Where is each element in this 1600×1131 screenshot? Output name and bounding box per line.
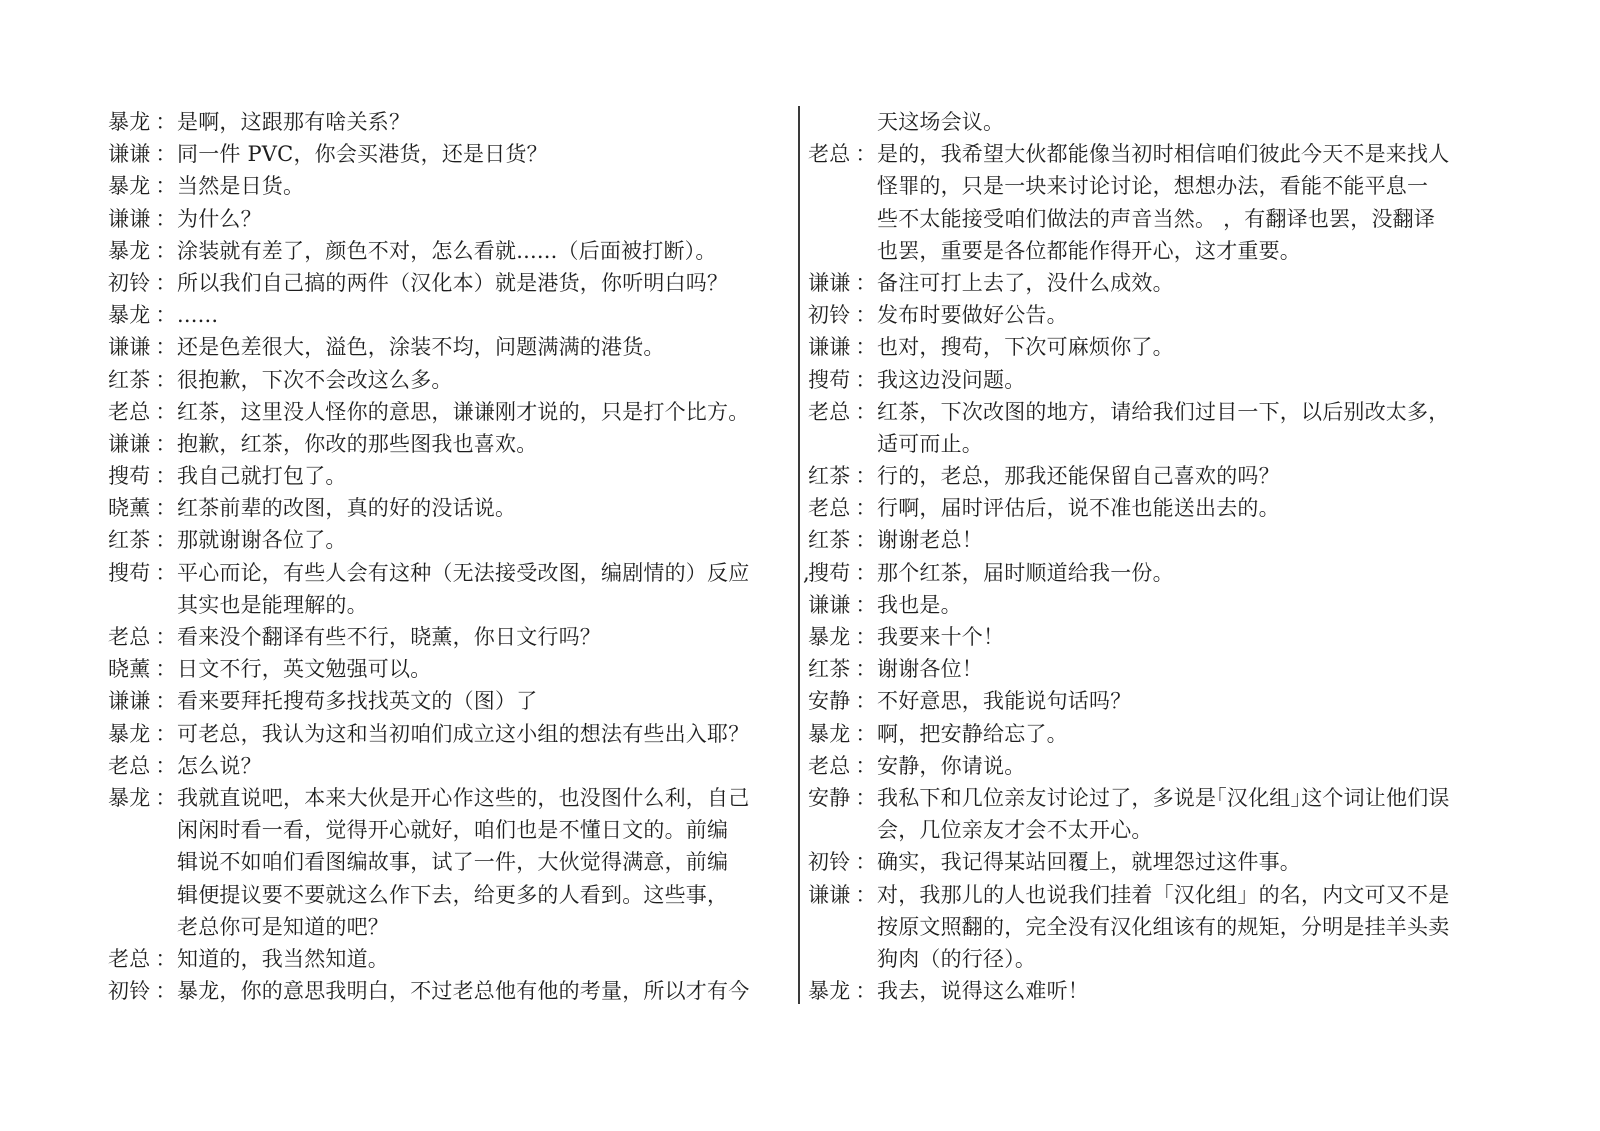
dialogue-line: 搜苟：平心而论，有些人会有这种（无法接受改图，编剧情的）反应 <box>108 557 798 589</box>
speaker-colon: ： <box>855 782 877 814</box>
dialogue-text: 怪罪的，只是一块来讨论讨论，想想办法，看能不能平息一 <box>877 170 1428 202</box>
dialogue-text: 怎么说？ <box>177 750 262 782</box>
dialogue-text: 日文不行，英文勉强可以。 <box>177 653 431 685</box>
dialogue-text: 涂装就有差了，颜色不对，怎么看就......（后面被打断）。 <box>177 235 717 267</box>
dialogue-text: 为什么？ <box>177 203 262 235</box>
speaker-name: 暴龙 <box>808 718 855 750</box>
speaker-colon: ： <box>855 621 877 653</box>
speaker-name: 晓薰 <box>108 492 155 524</box>
dialogue-text: 确实，我记得某站回覆上，就埋怨过这件事。 <box>877 846 1301 878</box>
speaker-name: 暴龙 <box>108 782 155 814</box>
dialogue-text: 平心而论，有些人会有这种（无法接受改图，编剧情的）反应 <box>177 557 749 589</box>
speaker-name: 晓薰 <box>108 653 155 685</box>
dialogue-text: 同一件 PVC，你会买港货，还是日货？ <box>177 138 548 170</box>
speaker-name: 初铃 <box>808 299 855 331</box>
dialogue-line: 老总：红茶，下次改图的地方，请给我们过目一下，以后别改太多， <box>808 396 1508 428</box>
column-divider <box>798 106 800 1004</box>
speaker-name: 红茶 <box>108 524 155 556</box>
dialogue-line: 按原文照翻的，完全没有汉化组该有的规矩，分明是挂羊头卖 <box>808 911 1508 943</box>
speaker-name: 老总 <box>808 396 855 428</box>
dialogue-line: 红茶：谢谢各位！ <box>808 653 1508 685</box>
dialogue-line: 老总：是的，我希望大伙都能像当初时相信咱们彼此今天不是来找人 <box>808 138 1508 170</box>
dialogue-line: 暴龙：涂装就有差了，颜色不对，怎么看就......（后面被打断）。 <box>108 235 798 267</box>
speaker-colon: ： <box>155 718 177 750</box>
speaker-colon: ： <box>155 170 177 202</box>
speaker-name: 老总 <box>808 750 855 782</box>
speaker-name: 初铃 <box>808 846 855 878</box>
dialogue-line: 谦谦：同一件 PVC，你会买港货，还是日货？ <box>108 138 798 170</box>
speaker-name: 红茶 <box>108 364 155 396</box>
speaker-name: 老总 <box>808 138 855 170</box>
speaker-name: 老总 <box>108 621 155 653</box>
speaker-name: 搜苟 <box>108 557 155 589</box>
dialogue-text: 辑说不如咱们看图编故事，试了一件，大伙觉得满意，前编 <box>177 846 728 878</box>
dialogue-line: 闲闲时看一看，觉得开心就好，咱们也是不懂日文的。前编 <box>108 814 798 846</box>
dialogue-text: 我要来十个！ <box>877 621 1004 653</box>
dialogue-text: 红茶，下次改图的地方，请给我们过目一下，以后别改太多， <box>877 396 1449 428</box>
speaker-name: 谦谦 <box>808 331 855 363</box>
speaker-colon: ： <box>155 299 177 331</box>
dialogue-line: 老总：看来没个翻译有些不行，晓薰，你日文行吗？ <box>108 621 798 653</box>
speaker-name: 暴龙 <box>108 299 155 331</box>
dialogue-line: 红茶：谢谢老总！ <box>808 524 1508 556</box>
speaker-name: 谦谦 <box>808 589 855 621</box>
dialogue-line: 红茶：行的，老总，那我还能保留自己喜欢的吗？ <box>808 460 1508 492</box>
stray-comma-mark: , <box>803 557 810 589</box>
dialogue-line: 老总：知道的，我当然知道。 <box>108 943 798 975</box>
speaker-colon: ： <box>855 524 877 556</box>
speaker-colon: ： <box>155 203 177 235</box>
speaker-colon: ： <box>855 299 877 331</box>
dialogue-text: 谢谢老总！ <box>877 524 983 556</box>
dialogue-text: 备注可打上去了，没什么成效。 <box>877 267 1174 299</box>
dialogue-line: 老总：安静，你请说。 <box>808 750 1508 782</box>
speaker-colon: ： <box>855 460 877 492</box>
dialogue-text: 其实也是能理解的。 <box>177 589 368 621</box>
dialogue-text: 发布时要做好公告。 <box>877 299 1068 331</box>
dialogue-line: 些不太能接受咱们做法的声音当然。 ，有翻译也罢，没翻译 <box>808 203 1508 235</box>
speaker-colon: ： <box>855 492 877 524</box>
dialogue-line: 暴龙：是啊，这跟那有啥关系？ <box>108 106 798 138</box>
dialogue-text: 行的，老总，那我还能保留自己喜欢的吗？ <box>877 460 1280 492</box>
dialogue-text: 啊，把安静给忘了。 <box>877 718 1068 750</box>
speaker-colon: ： <box>855 267 877 299</box>
speaker-colon: ： <box>155 975 177 1007</box>
speaker-colon: ： <box>855 975 877 1007</box>
speaker-colon: ： <box>155 364 177 396</box>
dialogue-line: 也罢，重要是各位都能作得开心，这才重要。 <box>808 235 1508 267</box>
dialogue-text: 谢谢各位！ <box>877 653 983 685</box>
speaker-name: 暴龙 <box>108 718 155 750</box>
speaker-colon: ： <box>155 235 177 267</box>
speaker-name: 安静 <box>808 782 855 814</box>
dialogue-line: 谦谦：看来要拜托搜苟多找找英文的（图）了 <box>108 685 798 717</box>
dialogue-line: 初铃：所以我们自己搞的两件（汉化本）就是港货，你听明白吗？ <box>108 267 798 299</box>
left-column: 暴龙：是啊，这跟那有啥关系？谦谦：同一件 PVC，你会买港货，还是日货？暴龙：当… <box>108 106 798 1007</box>
speaker-colon: ： <box>155 106 177 138</box>
dialogue-text: 抱歉，红茶，你改的那些图我也喜欢。 <box>177 428 537 460</box>
dialogue-text: 很抱歉，下次不会改这么多。 <box>177 364 453 396</box>
speaker-colon: ： <box>855 331 877 363</box>
dialogue-line: 初铃：暴龙，你的意思我明白，不过老总他有他的考量，所以才有今 <box>108 975 798 1007</box>
dialogue-line: 暴龙：我要来十个！ <box>808 621 1508 653</box>
dialogue-line: 天这场会议。 <box>808 106 1508 138</box>
dialogue-line: 搜苟：我自己就打包了。 <box>108 460 798 492</box>
dialogue-text: 当然是日货。 <box>177 170 304 202</box>
speaker-name: 安静 <box>808 685 855 717</box>
speaker-name: 红茶 <box>808 653 855 685</box>
dialogue-text: 我也是。 <box>877 589 962 621</box>
dialogue-text: 看来要拜托搜苟多找找英文的（图）了 <box>177 685 537 717</box>
speaker-name: 搜苟 <box>108 460 155 492</box>
speaker-name: 谦谦 <box>108 428 155 460</box>
dialogue-line: 红茶：很抱歉，下次不会改这么多。 <box>108 364 798 396</box>
dialogue-text: 适可而止。 <box>877 428 983 460</box>
speaker-colon: ： <box>855 846 877 878</box>
speaker-colon: ： <box>155 138 177 170</box>
dialogue-text: 是的，我希望大伙都能像当初时相信咱们彼此今天不是来找人 <box>877 138 1449 170</box>
dialogue-text: 我这边没问题。 <box>877 364 1025 396</box>
dialogue-text: 我就直说吧，本来大伙是开心作这些的，也没图什么利，自己 <box>177 782 749 814</box>
dialogue-text: 还是色差很大，溢色，涂装不均，问题满满的港货。 <box>177 331 665 363</box>
speaker-colon: ： <box>155 943 177 975</box>
dialogue-line: 老总：红茶，这里没人怪你的意思，谦谦刚才说的，只是打个比方。 <box>108 396 798 428</box>
dialogue-line: 老总你可是知道的吧？ <box>108 911 798 943</box>
dialogue-text: 会，几位亲友才会不太开心。 <box>877 814 1153 846</box>
speaker-name: 搜苟 <box>808 364 855 396</box>
dialogue-line: 晓薰：日文不行，英文勉强可以。 <box>108 653 798 685</box>
dialogue-line: 红茶：那就谢谢各位了。 <box>108 524 798 556</box>
speaker-colon: ： <box>155 750 177 782</box>
speaker-name: 暴龙 <box>108 235 155 267</box>
dialogue-text: 狗肉（的行径）。 <box>877 943 1036 975</box>
speaker-name: 谦谦 <box>808 879 855 911</box>
dialogue-line: 谦谦：我也是。 <box>808 589 1508 621</box>
dialogue-text: 也对，搜苟，下次可麻烦你了。 <box>877 331 1174 363</box>
dialogue-line: 会，几位亲友才会不太开心。 <box>808 814 1508 846</box>
dialogue-text: 我去，说得这么难听！ <box>877 975 1089 1007</box>
dialogue-text: 是啊，这跟那有啥关系？ <box>177 106 410 138</box>
dialogue-text: 红茶前辈的改图，真的好的没话说。 <box>177 492 516 524</box>
dialogue-line: 怪罪的，只是一块来讨论讨论，想想办法，看能不能平息一 <box>808 170 1508 202</box>
speaker-colon: ： <box>855 879 877 911</box>
dialogue-line: 狗肉（的行径）。 <box>808 943 1508 975</box>
speaker-name: 谦谦 <box>108 203 155 235</box>
speaker-name: 老总 <box>108 396 155 428</box>
dialogue-line: 其实也是能理解的。 <box>108 589 798 621</box>
dialogue-line: 适可而止。 <box>808 428 1508 460</box>
dialogue-text: 所以我们自己搞的两件（汉化本）就是港货，你听明白吗？ <box>177 267 728 299</box>
speaker-colon: ： <box>155 524 177 556</box>
speaker-colon: ： <box>155 331 177 363</box>
speaker-colon: ： <box>855 653 877 685</box>
dialogue-text: 闲闲时看一看，觉得开心就好，咱们也是不懂日文的。前编 <box>177 814 728 846</box>
dialogue-line: 辑便提议要不要就这么作下去，给更多的人看到。这些事， <box>108 879 798 911</box>
dialogue-line: 谦谦：为什么？ <box>108 203 798 235</box>
speaker-name: 老总 <box>108 750 155 782</box>
speaker-name: 搜苟 <box>808 557 855 589</box>
dialogue-text: 也罢，重要是各位都能作得开心，这才重要。 <box>877 235 1301 267</box>
dialogue-text: 些不太能接受咱们做法的声音当然。 ，有翻译也罢，没翻译 <box>877 203 1435 235</box>
dialogue-text: 安静，你请说。 <box>877 750 1025 782</box>
speaker-colon: ： <box>155 267 177 299</box>
speaker-colon: ： <box>855 750 877 782</box>
dialogue-line: 谦谦：对，我那儿的人也说我们挂着「汉化组」的名，内文可又不是 <box>808 879 1508 911</box>
speaker-name: 初铃 <box>108 267 155 299</box>
dialogue-line: 安静：我私下和几位亲友讨论过了，多说是｢汉化组｣这个词让他们误 <box>808 782 1508 814</box>
speaker-colon: ： <box>155 685 177 717</box>
speaker-colon: ： <box>155 492 177 524</box>
dialogue-line: 暴龙：...... <box>108 299 798 331</box>
speaker-name: 暴龙 <box>808 975 855 1007</box>
dialogue-text: 可老总，我认为这和当初咱们成立这小组的想法有些出入耶？ <box>177 718 749 750</box>
dialogue-text: 按原文照翻的，完全没有汉化组该有的规矩，分明是挂羊头卖 <box>877 911 1449 943</box>
speaker-name: 谦谦 <box>808 267 855 299</box>
dialogue-text: 行啊，届时评估后，说不准也能送出去的。 <box>877 492 1280 524</box>
speaker-colon: ： <box>855 685 877 717</box>
speaker-colon: ： <box>855 138 877 170</box>
dialogue-text: 我自己就打包了。 <box>177 460 347 492</box>
right-column: 天这场会议。老总：是的，我希望大伙都能像当初时相信咱们彼此今天不是来找人怪罪的，… <box>808 106 1508 1007</box>
dialogue-text: 辑便提议要不要就这么作下去，给更多的人看到。这些事， <box>177 879 728 911</box>
dialogue-text: 暴龙，你的意思我明白，不过老总他有他的考量，所以才有今 <box>177 975 749 1007</box>
dialogue-text: 红茶，这里没人怪你的意思，谦谦刚才说的，只是打个比方。 <box>177 396 749 428</box>
speaker-colon: ： <box>855 718 877 750</box>
dialogue-line: 老总：怎么说？ <box>108 750 798 782</box>
speaker-name: 谦谦 <box>108 331 155 363</box>
speaker-colon: ： <box>155 428 177 460</box>
dialogue-line: 谦谦：抱歉，红茶，你改的那些图我也喜欢。 <box>108 428 798 460</box>
speaker-name: 老总 <box>808 492 855 524</box>
dialogue-text: 老总你可是知道的吧？ <box>177 911 389 943</box>
speaker-colon: ： <box>155 396 177 428</box>
dialogue-line: 暴龙：啊，把安静给忘了。 <box>808 718 1508 750</box>
dialogue-line: 晓薰：红茶前辈的改图，真的好的没话说。 <box>108 492 798 524</box>
dialogue-line: 初铃：确实，我记得某站回覆上，就埋怨过这件事。 <box>808 846 1508 878</box>
speaker-name: 初铃 <box>108 975 155 1007</box>
dialogue-line: 暴龙：我就直说吧，本来大伙是开心作这些的，也没图什么利，自己 <box>108 782 798 814</box>
dialogue-line: 暴龙：我去，说得这么难听！ <box>808 975 1508 1007</box>
dialogue-line: 老总：行啊，届时评估后，说不准也能送出去的。 <box>808 492 1508 524</box>
speaker-colon: ： <box>155 557 177 589</box>
dialogue-text: 天这场会议。 <box>877 106 1004 138</box>
dialogue-text: 我私下和几位亲友讨论过了，多说是｢汉化组｣这个词让他们误 <box>877 782 1450 814</box>
dialogue-line: 辑说不如咱们看图编故事，试了一件，大伙觉得满意，前编 <box>108 846 798 878</box>
speaker-colon: ： <box>855 589 877 621</box>
dialogue-line: 搜苟：我这边没问题。 <box>808 364 1508 396</box>
speaker-name: 红茶 <box>808 460 855 492</box>
speaker-name: 谦谦 <box>108 138 155 170</box>
speaker-name: 老总 <box>108 943 155 975</box>
dialogue-line: 谦谦：也对，搜苟，下次可麻烦你了。 <box>808 331 1508 363</box>
speaker-name: 暴龙 <box>108 106 155 138</box>
dialogue-text: 那个红茶，届时顺道给我一份。 <box>877 557 1174 589</box>
dialogue-line: 谦谦：备注可打上去了，没什么成效。 <box>808 267 1508 299</box>
dialogue-text: 那就谢谢各位了。 <box>177 524 347 556</box>
speaker-colon: ： <box>155 653 177 685</box>
speaker-colon: ： <box>155 621 177 653</box>
dialogue-line: 初铃：发布时要做好公告。 <box>808 299 1508 331</box>
dialogue-text: 不好意思，我能说句话吗？ <box>877 685 1131 717</box>
dialogue-text: ...... <box>177 299 218 331</box>
speaker-colon: ： <box>855 557 877 589</box>
speaker-colon: ： <box>155 460 177 492</box>
speaker-name: 红茶 <box>808 524 855 556</box>
dialogue-text: 看来没个翻译有些不行，晓薰，你日文行吗？ <box>177 621 601 653</box>
dialogue-line: 暴龙：可老总，我认为这和当初咱们成立这小组的想法有些出入耶？ <box>108 718 798 750</box>
speaker-name: 谦谦 <box>108 685 155 717</box>
speaker-name: 暴龙 <box>808 621 855 653</box>
speaker-colon: ： <box>155 782 177 814</box>
dialogue-line: 安静：不好意思，我能说句话吗？ <box>808 685 1508 717</box>
dialogue-text: 知道的，我当然知道。 <box>177 943 389 975</box>
speaker-colon: ： <box>855 364 877 396</box>
dialogue-text: 对，我那儿的人也说我们挂着「汉化组」的名，内文可又不是 <box>877 879 1449 911</box>
dialogue-line: 谦谦：还是色差很大，溢色，涂装不均，问题满满的港货。 <box>108 331 798 363</box>
dialogue-line: 搜苟：那个红茶，届时顺道给我一份。 <box>808 557 1508 589</box>
speaker-colon: ： <box>855 396 877 428</box>
dialogue-line: 暴龙：当然是日货。 <box>108 170 798 202</box>
speaker-name: 暴龙 <box>108 170 155 202</box>
